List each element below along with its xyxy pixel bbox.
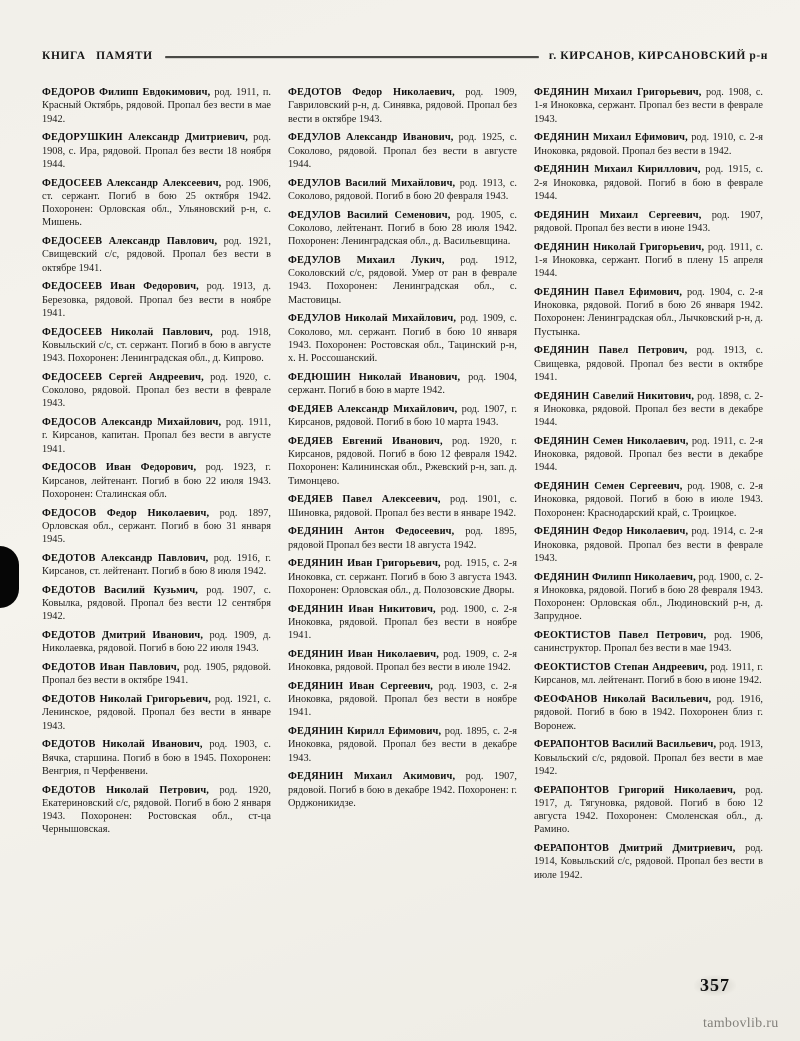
memorial-entry: ФЕДОРОВ Филипп Евдокимович, род. 1911, п… bbox=[42, 86, 271, 126]
entry-person-name: ФЕДОРОВ Филипп Евдокимович, bbox=[42, 87, 210, 98]
memorial-entry: ФЕРАПОНТОВ Григорий Николаевич, род. 191… bbox=[534, 784, 763, 837]
entry-person-name: ФЕДЯНИН Михаил Ефимович, bbox=[534, 132, 688, 143]
memorial-entry: ФЕРАПОНТОВ Василий Васильевич, род. 1913… bbox=[534, 738, 763, 778]
memorial-entry: ФЕДЯНИН Антон Федосеевич, род. 1895, ряд… bbox=[288, 525, 517, 552]
entry-person-name: ФЕДЯНИН Михаил Сергеевич, bbox=[534, 210, 701, 221]
memorial-entry: ФЕДЯЕВ Александр Михайлович, род. 1907, … bbox=[288, 403, 517, 430]
memorial-entry: ФЕОКТИСТОВ Павел Петрович, род. 1906, са… bbox=[534, 629, 763, 656]
memorial-entry: ФЕДЯНИН Федор Николаевич, род. 1914, с. … bbox=[534, 525, 763, 565]
entry-person-name: ФЕОФАНОВ Николай Васильевич, bbox=[534, 694, 711, 705]
memorial-entry: ФЕДЯНИН Михаил Акимович, род. 1907, рядо… bbox=[288, 770, 517, 810]
entry-person-name: ФЕДЯНИН Иван Николаевич, bbox=[288, 649, 439, 660]
memorial-entry: ФЕДЮШИН Николай Иванович, род. 1904, сер… bbox=[288, 371, 517, 398]
entry-person-name: ФЕДЯЕВ Евгений Иванович, bbox=[288, 436, 443, 447]
memorial-entry: ФЕДЯНИН Павел Петрович, род. 1913, с. Св… bbox=[534, 344, 763, 384]
memorial-entry: ФЕДЯНИН Михаил Кириллович, род. 1915, с.… bbox=[534, 163, 763, 203]
entry-person-name: ФЕДЯНИН Иван Сергеевич, bbox=[288, 681, 433, 692]
memorial-entry: ФЕДОСЕЕВ Александр Павлович, род. 1921, … bbox=[42, 235, 271, 275]
memorial-entry: ФЕРАПОНТОВ Дмитрий Дмитриевич, род. 1914… bbox=[534, 842, 763, 882]
entry-person-name: ФЕДЯНИН Федор Николаевич, bbox=[534, 526, 688, 537]
entry-person-name: ФЕДЯНИН Михаил Григорьевич, bbox=[534, 87, 702, 98]
memorial-entry: ФЕДОТОВ Александр Павлович, род. 1916, г… bbox=[42, 552, 271, 579]
scan-artifact-blob bbox=[0, 546, 19, 608]
entry-person-name: ФЕДЯНИН Семен Николаевич, bbox=[534, 436, 689, 447]
entry-person-name: ФЕДОТОВ Николай Иванович, bbox=[42, 739, 203, 750]
memorial-entry: ФЕДЯНИН Иван Сергеевич, род. 1903, с. 2-… bbox=[288, 680, 517, 720]
memorial-entry: ФЕОФАНОВ Николай Васильевич, род. 1916, … bbox=[534, 693, 763, 733]
memorial-entry: ФЕДОТОВ Николай Григорьевич, род. 1921, … bbox=[42, 693, 271, 733]
memorial-entry: ФЕДЯНИН Михаил Григорьевич, род. 1908, с… bbox=[534, 86, 763, 126]
memorial-entry: ФЕДОТОВ Николай Петрович, род. 1920, Ека… bbox=[42, 784, 271, 837]
memorial-entry: ФЕДОТОВ Федор Николаевич, род. 1909, Гав… bbox=[288, 86, 517, 126]
memorial-entry: ФЕДЯНИН Кирилл Ефимович, род. 1895, с. 2… bbox=[288, 725, 517, 765]
library-watermark: tambovlib.ru bbox=[703, 1016, 779, 1032]
memorial-entry: ФЕДОСЕЕВ Сергей Андреевич, род. 1920, с.… bbox=[42, 371, 271, 411]
entry-person-name: ФЕДЯНИН Семен Сергеевич, bbox=[534, 481, 682, 492]
memorial-entry: ФЕДОСЕЕВ Александр Алексеевич, род. 1906… bbox=[42, 177, 271, 230]
entry-person-name: ФЕРАПОНТОВ Дмитрий Дмитриевич, bbox=[534, 843, 736, 854]
entry-person-name: ФЕДОТОВ Николай Петрович, bbox=[42, 785, 209, 796]
column-3: ФЕДЯНИН Михаил Григорьевич, род. 1908, с… bbox=[534, 86, 763, 968]
entry-person-name: ФЕДЯНИН Михаил Кириллович, bbox=[534, 164, 701, 175]
page-header: КНИГА ПАМЯТИ г. КИРСАНОВ, КИРСАНОВСКИЙ р… bbox=[42, 50, 768, 62]
memorial-entry: ФЕДУЛОВ Василий Михайлович, род. 1913, с… bbox=[288, 177, 517, 204]
memorial-entry: ФЕДЯНИН Семен Николаевич, род. 1911, с. … bbox=[534, 435, 763, 475]
entry-person-name: ФЕДОСОВ Федор Николаевич, bbox=[42, 508, 209, 519]
entries-area: ФЕДОРОВ Филипп Евдокимович, род. 1911, п… bbox=[42, 86, 764, 968]
memorial-entry: ФЕДОТОВ Дмитрий Иванович, род. 1909, д. … bbox=[42, 629, 271, 656]
entry-person-name: ФЕДОСЕЕВ Александр Алексеевич, bbox=[42, 178, 221, 189]
entry-person-name: ФЕДЯНИН Кирилл Ефимович, bbox=[288, 726, 441, 737]
entry-person-name: ФЕДОТОВ Дмитрий Иванович, bbox=[42, 630, 203, 641]
memorial-entry: ФЕДЯЕВ Павел Алексеевич, род. 1901, с. Ш… bbox=[288, 493, 517, 520]
memorial-entry: ФЕДЯНИН Михаил Сергеевич, род. 1907, ряд… bbox=[534, 209, 763, 236]
entry-person-name: ФЕДЮШИН Николай Иванович, bbox=[288, 372, 460, 383]
column-2: ФЕДОТОВ Федор Николаевич, род. 1909, Гав… bbox=[288, 86, 517, 968]
column-1: ФЕДОРОВ Филипп Евдокимович, род. 1911, п… bbox=[42, 86, 271, 968]
memorial-entry: ФЕДЯНИН Филипп Николаевич, род. 1900, с.… bbox=[534, 571, 763, 624]
entry-person-name: ФЕРАПОНТОВ Василий Васильевич, bbox=[534, 739, 716, 750]
memorial-entry: ФЕДОРУШКИН Александр Дмитриевич, род. 19… bbox=[42, 131, 271, 171]
memorial-entry: ФЕДЯНИН Михаил Ефимович, род. 1910, с. 2… bbox=[534, 131, 763, 158]
entry-person-name: ФЕДУЛОВ Николай Михайлович, bbox=[288, 313, 456, 324]
entry-person-name: ФЕДОТОВ Василий Кузьмич, bbox=[42, 585, 198, 596]
memorial-entry: ФЕДЯНИН Иван Григорьевич, род. 1915, с. … bbox=[288, 557, 517, 597]
memorial-entry: ФЕДОСОВ Александр Михайлович, род. 1911,… bbox=[42, 416, 271, 456]
header-divider-line bbox=[165, 56, 539, 58]
memorial-entry: ФЕДОСЕЕВ Николай Павлович, род. 1918, Ко… bbox=[42, 326, 271, 366]
memorial-entry: ФЕДЯНИН Павел Ефимович, род. 1904, с. 2-… bbox=[534, 286, 763, 339]
entry-person-name: ФЕДОСЕЕВ Иван Федорович, bbox=[42, 281, 199, 292]
entry-person-name: ФЕДУЛОВ Александр Иванович, bbox=[288, 132, 454, 143]
entry-person-name: ФЕДОСОВ Иван Федорович, bbox=[42, 462, 196, 473]
entry-person-name: ФЕРАПОНТОВ Григорий Николаевич, bbox=[534, 785, 736, 796]
entry-person-name: ФЕДОСОВ Александр Михайлович, bbox=[42, 417, 221, 428]
memorial-entry: ФЕДЯЕВ Евгений Иванович, род. 1920, г. К… bbox=[288, 435, 517, 488]
memorial-entry: ФЕДОТОВ Василий Кузьмич, род. 1907, с. К… bbox=[42, 584, 271, 624]
entry-person-name: ФЕДУЛОВ Михаил Лукич, bbox=[288, 255, 445, 266]
entry-person-name: ФЕДЯНИН Антон Федосеевич, bbox=[288, 526, 454, 537]
entry-person-name: ФЕДОСЕЕВ Сергей Андреевич, bbox=[42, 372, 204, 383]
memorial-entry: ФЕДЯНИН Савелий Никитович, род. 1898, с.… bbox=[534, 390, 763, 430]
memorial-entry: ФЕДУЛОВ Василий Семенович, род. 1905, с.… bbox=[288, 209, 517, 249]
memorial-entry: ФЕДОСОВ Федор Николаевич, род. 1897, Орл… bbox=[42, 507, 271, 547]
entry-person-name: ФЕДЯНИН Павел Петрович, bbox=[534, 345, 687, 356]
entry-person-name: ФЕДОТОВ Федор Николаевич, bbox=[288, 87, 455, 98]
entry-person-name: ФЕДОТОВ Иван Павлович, bbox=[42, 662, 180, 673]
entry-person-name: ФЕОКТИСТОВ Степан Андреевич, bbox=[534, 662, 707, 673]
memorial-entry: ФЕДОСЕЕВ Иван Федорович, род. 1913, д. Б… bbox=[42, 280, 271, 320]
entry-person-name: ФЕДУЛОВ Василий Семенович, bbox=[288, 210, 450, 221]
book-title: КНИГА ПАМЯТИ bbox=[42, 50, 153, 62]
entry-person-name: ФЕДЯЕВ Павел Алексеевич, bbox=[288, 494, 441, 505]
memorial-entry: ФЕДЯНИН Иван Никитович, род. 1900, с. 2-… bbox=[288, 603, 517, 643]
memorial-entry: ФЕДУЛОВ Николай Михайлович, род. 1909, с… bbox=[288, 312, 517, 365]
entry-person-name: ФЕДЯНИН Филипп Николаевич, bbox=[534, 572, 696, 583]
memorial-entry: ФЕДУЛОВ Михаил Лукич, род. 1912, Соколов… bbox=[288, 254, 517, 307]
memorial-entry: ФЕДЯНИН Николай Григорьевич, род. 1911, … bbox=[534, 241, 763, 281]
memorial-entry: ФЕДОТОВ Иван Павлович, род. 1905, рядово… bbox=[42, 661, 271, 688]
district-title: г. КИРСАНОВ, КИРСАНОВСКИЙ р-н bbox=[549, 50, 768, 62]
entry-person-name: ФЕДОТОВ Николай Григорьевич, bbox=[42, 694, 211, 705]
memorial-entry: ФЕОКТИСТОВ Степан Андреевич, род. 1911, … bbox=[534, 661, 763, 688]
entry-person-name: ФЕДУЛОВ Василий Михайлович, bbox=[288, 178, 455, 189]
memorial-entry: ФЕДЯНИН Семен Сергеевич, род. 1908, с. 2… bbox=[534, 480, 763, 520]
entry-person-name: ФЕДЯНИН Савелий Никитович, bbox=[534, 391, 694, 402]
scanned-page: КНИГА ПАМЯТИ г. КИРСАНОВ, КИРСАНОВСКИЙ р… bbox=[0, 0, 800, 1041]
entry-person-name: ФЕДЯЕВ Александр Михайлович, bbox=[288, 404, 457, 415]
entry-person-name: ФЕДЯНИН Михаил Акимович, bbox=[288, 771, 455, 782]
entry-person-name: ФЕДОСЕЕВ Александр Павлович, bbox=[42, 236, 217, 247]
entry-person-name: ФЕДОТОВ Александр Павлович, bbox=[42, 553, 208, 564]
memorial-entry: ФЕДОТОВ Николай Иванович, род. 1903, с. … bbox=[42, 738, 271, 778]
entry-person-name: ФЕДЯНИН Павел Ефимович, bbox=[534, 287, 682, 298]
entry-person-name: ФЕДЯНИН Иван Никитович, bbox=[288, 604, 436, 615]
memorial-entry: ФЕДЯНИН Иван Николаевич, род. 1909, с. 2… bbox=[288, 648, 517, 675]
entry-person-name: ФЕОКТИСТОВ Павел Петрович, bbox=[534, 630, 706, 641]
memorial-entry: ФЕДУЛОВ Александр Иванович, род. 1925, с… bbox=[288, 131, 517, 171]
memorial-entry: ФЕДОСОВ Иван Федорович, род. 1923, г. Ки… bbox=[42, 461, 271, 501]
page-number: 357 bbox=[694, 975, 736, 996]
entry-person-name: ФЕДЯНИН Иван Григорьевич, bbox=[288, 558, 441, 569]
entry-person-name: ФЕДОРУШКИН Александр Дмитриевич, bbox=[42, 132, 248, 143]
entry-person-name: ФЕДОСЕЕВ Николай Павлович, bbox=[42, 327, 213, 338]
entry-person-name: ФЕДЯНИН Николай Григорьевич, bbox=[534, 242, 704, 253]
